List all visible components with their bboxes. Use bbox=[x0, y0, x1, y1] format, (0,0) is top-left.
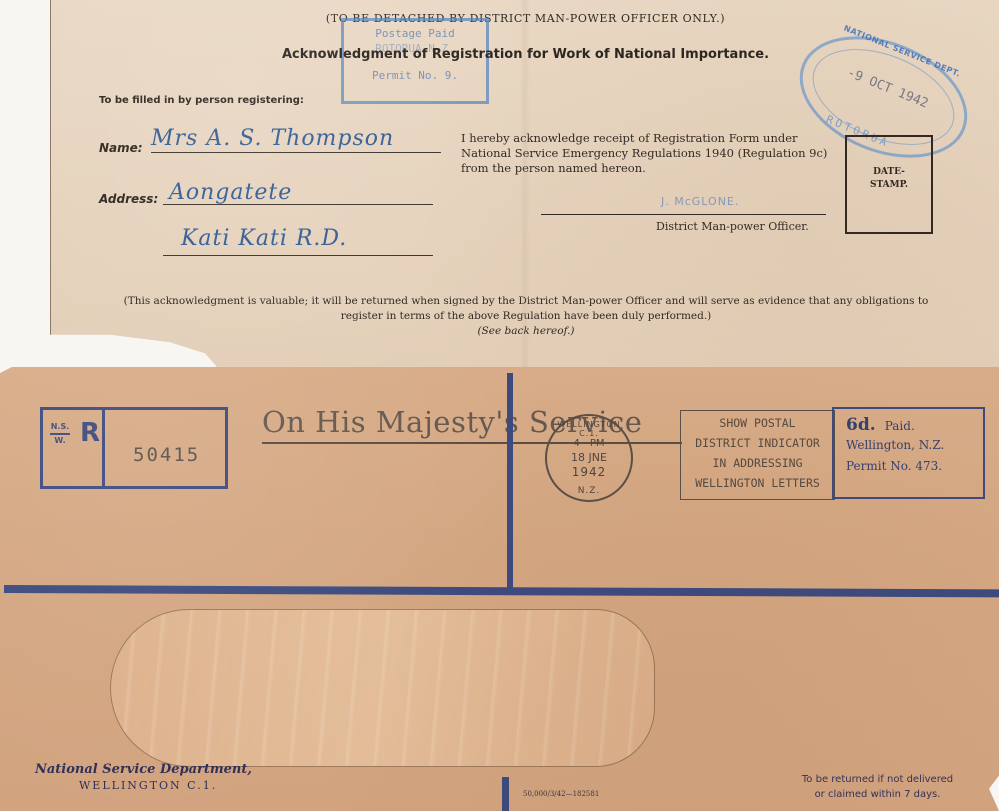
officer-label: District Man-power Officer. bbox=[656, 220, 809, 233]
date-box-line2: STAMP. bbox=[847, 179, 931, 192]
officer-signature-stamp: J. McGLONE. bbox=[661, 195, 739, 208]
name-underline bbox=[151, 152, 441, 153]
name-field[interactable]: Mrs A. S. Thompson bbox=[151, 126, 394, 151]
return-note-line1: To be returned if not delivered bbox=[780, 772, 975, 787]
registration-number: 50415 bbox=[133, 444, 200, 466]
postage-stamp-line3: Permit No. 9. bbox=[344, 69, 486, 82]
paid-city: Wellington, N.Z. bbox=[846, 435, 983, 456]
registration-divider bbox=[102, 410, 105, 486]
return-note-line2: or claimed within 7 days. bbox=[780, 787, 975, 802]
postmark-date: 18 JNE bbox=[547, 451, 631, 464]
address-line2-field[interactable]: Kati Kati R.D. bbox=[181, 226, 347, 251]
date-box-line1: DATE- bbox=[847, 166, 931, 179]
address-window bbox=[110, 609, 655, 767]
return-address: National Service Department, WELLINGTON … bbox=[35, 762, 252, 792]
fill-note: To be filled in by person registering: bbox=[99, 95, 304, 106]
address-line1-field[interactable]: Aongatete bbox=[169, 180, 292, 205]
slogan-line2: DISTRICT INDICATOR bbox=[681, 433, 834, 453]
postmark-year: 1942 bbox=[547, 465, 631, 479]
see-back-note: (See back hereof.) bbox=[111, 324, 941, 339]
acknowledgement-text: I hereby acknowledge receipt of Registra… bbox=[461, 131, 841, 176]
postmark-time: 4 - PM bbox=[547, 438, 631, 449]
date-stamp-box: DATE- STAMP. bbox=[845, 135, 933, 234]
paid-permit: Permit No. 473. bbox=[846, 456, 983, 477]
ohms-envelope: N.S. W. R 50415 On His Majesty's Service… bbox=[0, 367, 999, 811]
nsw-top: N.S. bbox=[51, 422, 70, 431]
slogan-line1: SHOW POSTAL bbox=[681, 413, 834, 433]
postage-stamp-line1: Postage Paid bbox=[344, 27, 486, 40]
address-label: Address: bbox=[99, 192, 158, 206]
paid-amount: 6d. bbox=[846, 415, 876, 435]
registration-box: N.S. W. R 50415 bbox=[40, 407, 228, 489]
valuable-note-text: (This acknowledgment is valuable; it wil… bbox=[124, 295, 929, 322]
return-department: National Service Department, bbox=[35, 762, 252, 777]
wellington-postmark: WELLINGTON C.1. 4 - PM 18 JNE 1942 N.Z. bbox=[545, 414, 633, 502]
slogan-line4: WELLINGTON LETTERS bbox=[681, 473, 834, 493]
return-city: WELLINGTON C.1. bbox=[79, 779, 252, 792]
postmark-country: N.Z. bbox=[547, 486, 631, 496]
address-line1-underline bbox=[163, 204, 433, 205]
registered-horizontal-band bbox=[4, 585, 999, 597]
postmark-ring-text: WELLINGTON C.1. bbox=[547, 420, 631, 438]
registered-letter-r: R bbox=[80, 418, 100, 448]
paid-label: Paid. bbox=[885, 419, 915, 433]
nsw-bar bbox=[50, 433, 70, 435]
slogan-line3: IN ADDRESSING bbox=[681, 453, 834, 473]
acknowledgment-slip: (TO BE DETACHED BY DISTRICT MAN-POWER OF… bbox=[50, 0, 999, 372]
detach-note: (TO BE DETACHED BY DISTRICT MAN-POWER OF… bbox=[51, 12, 999, 25]
paid-amount-row: 6d. Paid. bbox=[846, 415, 983, 435]
nsw-bottom: W. bbox=[54, 436, 65, 445]
slogan-cancel: SHOW POSTAL DISTRICT INDICATOR IN ADDRES… bbox=[680, 410, 835, 500]
nsw-mark: N.S. W. bbox=[50, 422, 70, 446]
return-note: To be returned if not delivered or claim… bbox=[780, 772, 975, 802]
valuable-note: (This acknowledgment is valuable; it wil… bbox=[111, 294, 941, 339]
print-code: 50,000/3/42—182581 bbox=[523, 790, 599, 798]
officer-signature-line bbox=[541, 214, 826, 215]
postage-paid-box: 6d. Paid. Wellington, N.Z. Permit No. 47… bbox=[832, 407, 985, 499]
registered-vertical-band-bottom bbox=[502, 777, 509, 811]
address-line2-underline bbox=[163, 255, 433, 256]
registered-vertical-band bbox=[507, 373, 513, 593]
name-label: Name: bbox=[99, 141, 143, 155]
